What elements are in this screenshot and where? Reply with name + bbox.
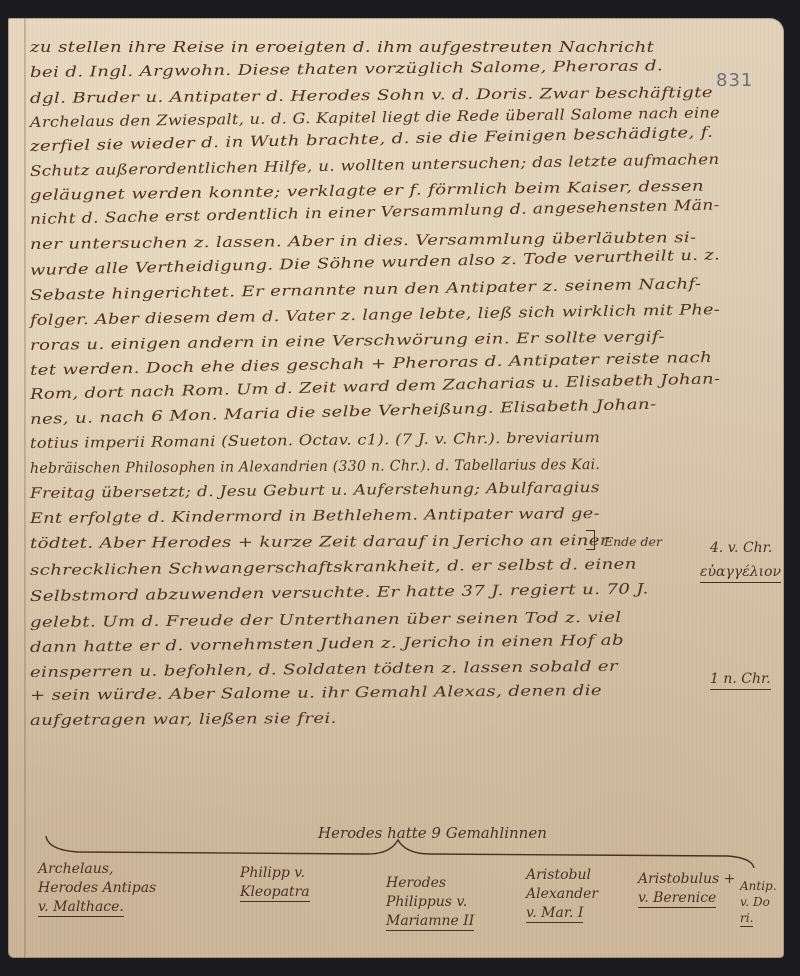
manuscript-line: dgl. Bruder u. Antipater d. Herodes Sohn… [30,85,713,107]
manuscript-line: aufgetragen war, ließen sie frei. [30,711,337,729]
manuscript-line: Selbstmord abzuwenden versuchte. Er hatt… [30,581,649,605]
manuscript-line: gelebt. Um d. Freude der Unterthanen übe… [30,610,622,631]
manuscript-line: folger. Aber diesem dem d. Vater z. lang… [30,302,720,329]
manuscript-line: einsperren u. befohlen, d. Soldaten tödt… [30,659,618,681]
manuscript-line: nes, u. nach 6 Mon. Maria die selbe Verh… [30,397,657,428]
manuscript-page: 831 zu stellen ihre Reise in eroeigten d… [8,18,784,958]
tree-child-philipp: Philipp v. Kleopatra [240,864,310,902]
margin-note-date-4bc: 4. v. Chr. [710,540,772,556]
manuscript-line: tödtet. Aber Herodes + kurze Zeit darauf… [30,533,609,552]
margin-note-euangelion: εὐαγγέλιον [700,564,781,583]
tree-child-aristobulus: Aristobulus + v. Berenice [638,870,735,908]
manuscript-line: Ent erfolgte d. Kindermord in Bethlehem.… [30,506,600,527]
tree-child-aristobul-alexander: Aristobul Alexander v. Mar. I [526,866,598,923]
manuscript-line: roras u. einigen andern in eine Verschwö… [30,329,665,354]
manuscript-line: bei d. Ingl. Argwohn. Diese thaten vorzü… [30,58,663,81]
tree-child-antipater: Antip. v. Do ri. [740,878,777,926]
tree-child-herodes-philippus: Herodes Philippus v. Mariamne II [386,874,474,931]
scan-background: 831 zu stellen ihre Reise in eroeigten d… [0,0,800,976]
margin-note-date-1ad: 1 n. Chr. [710,671,771,690]
manuscript-line: totius imperii Romani (Sueton. Octav. c1… [30,430,600,452]
tree-child-archelaus: Archelaus, Herodes Antipas v. Malthace. [38,860,156,917]
manuscript-line: Sebaste hingerichtet. Er ernannte nun de… [30,276,702,304]
manuscript-line: Schutz außerordentlichen Hilfe, u. wollt… [30,152,720,180]
manuscript-line: wurde alle Vertheidigung. Die Söhne wurd… [30,247,720,279]
folio-number: 831 [716,70,753,91]
manuscript-line: Freitag übersetzt; d. Jesu Geburt u. Auf… [30,480,600,502]
manuscript-line: + sein würde. Aber Salome u. ihr Gemahl … [30,683,602,704]
margin-note-ende-der: Ende der [604,534,662,549]
manuscript-line: zu stellen ihre Reise in eroeigten d. ih… [30,40,654,56]
manuscript-line: hebräischen Philosophen in Alexandrien (… [30,457,600,477]
insertion-bracket [586,530,595,550]
manuscript-line: schrecklichen Schwangerschaftskrankheit,… [30,557,637,579]
manuscript-line: dann hatte er d. vornehmsten Juden z. Je… [30,633,624,656]
